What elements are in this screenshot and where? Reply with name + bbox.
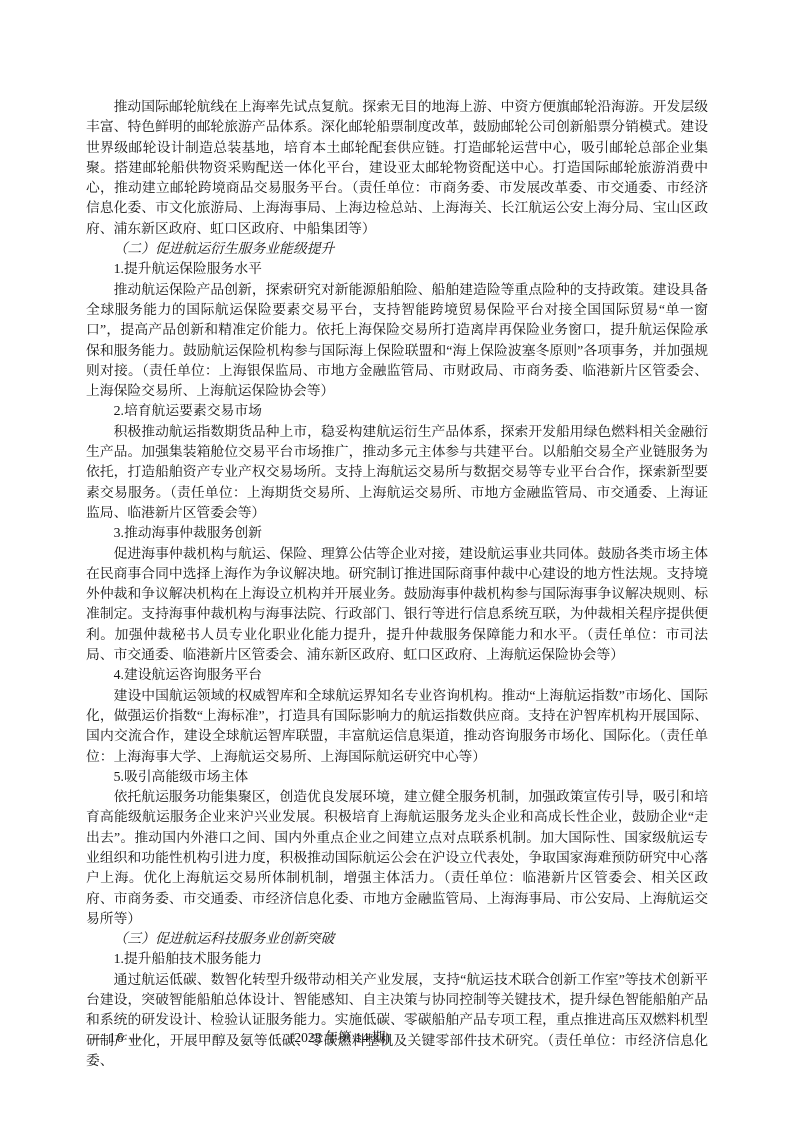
sub-heading: 1.提升航运保险服务水平 (86, 259, 708, 279)
paragraph: 推动国际邮轮航线在上海率先试点复航。探索无目的地海上游、中资方便旗邮轮沿海游。开… (86, 97, 708, 239)
sub-heading: 5.吸引高能级市场主体 (86, 767, 708, 787)
section-heading: （三）促进航运科技服务业创新突破 (86, 929, 708, 949)
paragraph: 积极推动航运指数期货品种上市，稳妥构建航运衍生产品体系，探索开发船用绿色燃料相关… (86, 422, 708, 523)
paragraph: 建设中国航运领域的权威智库和全球航运界知名专业咨询机构。推动“上海航运指数”市场… (86, 686, 708, 767)
paragraph: 通过航运低碳、数智化转型升级带动相关产业发展，支持“航运技术联合创新工作室”等技… (86, 970, 708, 1071)
paragraph: 促进海事仲裁机构与航运、保险、理算公估等企业对接，建设航运事业共同体。鼓励各类市… (86, 544, 708, 666)
document-page: 推动国际邮轮航线在上海率先试点复航。探索无目的地海上游、中资方便旗邮轮沿海游。开… (0, 0, 793, 1122)
paragraph: 依托航运服务功能集聚区，创造优良发展环境，建立健全服务机制，加强政策宣传引导，吸… (86, 787, 708, 929)
footer-page-number: — 16 — (90, 1030, 143, 1046)
paragraph: 推动航运保险产品创新，探索研究对新能源船舶险、船舶建造险等重点险种的支持政策。建… (86, 280, 708, 402)
section-heading: （二）促进航运衍生服务业能级提升 (86, 239, 708, 259)
document-body: 推动国际邮轮航线在上海率先试点复航。探索无目的地海上游、中资方便旗邮轮沿海游。开… (86, 97, 708, 1071)
page-footer: — 16 — (2023 年第 14 期) (0, 1030, 793, 1048)
footer-issue-label: (2023 年第 14 期) (250, 1030, 430, 1046)
sub-heading: 2.培育航运要素交易市场 (86, 401, 708, 421)
sub-heading: 4.建设航运咨询服务平台 (86, 665, 708, 685)
sub-heading: 3.推动海事仲裁服务创新 (86, 523, 708, 543)
sub-heading: 1.提升船舶技术服务能力 (86, 949, 708, 969)
